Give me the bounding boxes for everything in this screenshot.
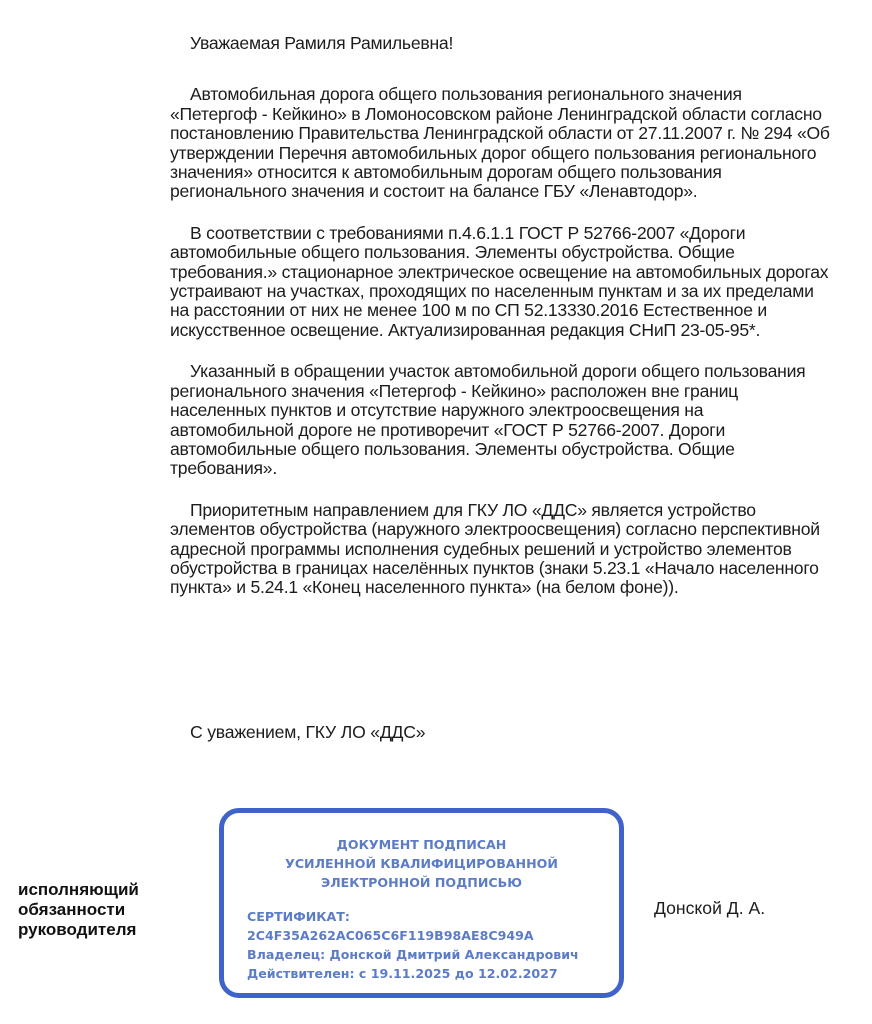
greeting: Уважаемая Рамиля Рамильевна! xyxy=(170,34,830,53)
stamp-header-line: ЭЛЕКТРОННОЙ ПОДПИСЬЮ xyxy=(224,873,619,892)
letter-body: Уважаемая Рамиля Рамильевна! Автомобильн… xyxy=(170,34,830,617)
certificate-owner: Владелец: Донской Дмитрий Александрович xyxy=(247,945,579,964)
stamp-details: СЕРТИФИКАТ: 2C4F35A262AC065C6F119B98AE8C… xyxy=(247,907,579,983)
paragraph-gost-requirements: В соответствии с требованиями п.4.6.1.1 … xyxy=(170,224,830,340)
paragraph-priority-direction: Приоритетным направлением для ГКУ ЛО «ДД… xyxy=(170,501,830,598)
certificate-label: СЕРТИФИКАТ: xyxy=(247,907,579,926)
stamp-header-line: ДОКУМЕНТ ПОДПИСАН xyxy=(224,835,619,854)
closing-regards: С уважением, ГКУ ЛО «ДДС» xyxy=(190,722,425,743)
certificate-validity: Действителен: с 19.11.2025 до 12.02.2027 xyxy=(247,964,579,983)
signer-name: Донской Д. А. xyxy=(654,898,765,919)
stamp-header-line: УСИЛЕННОЙ КВАЛИФИЦИРОВАННОЙ xyxy=(224,854,619,873)
signer-role: исполняющий обязанности руководителя xyxy=(18,880,139,940)
signer-role-line: обязанности xyxy=(18,900,139,920)
stamp-header: ДОКУМЕНТ ПОДПИСАН УСИЛЕННОЙ КВАЛИФИЦИРОВ… xyxy=(224,835,619,892)
signer-role-line: исполняющий xyxy=(18,880,139,900)
paragraph-road-status: Автомобильная дорога общего пользования … xyxy=(170,85,830,201)
paragraph-section-location: Указанный в обращении участок автомобиль… xyxy=(170,362,830,478)
certificate-id: 2C4F35A262AC065C6F119B98AE8C949A xyxy=(247,926,579,945)
signer-role-line: руководителя xyxy=(18,920,139,940)
electronic-signature-stamp: ДОКУМЕНТ ПОДПИСАН УСИЛЕННОЙ КВАЛИФИЦИРОВ… xyxy=(219,808,624,998)
